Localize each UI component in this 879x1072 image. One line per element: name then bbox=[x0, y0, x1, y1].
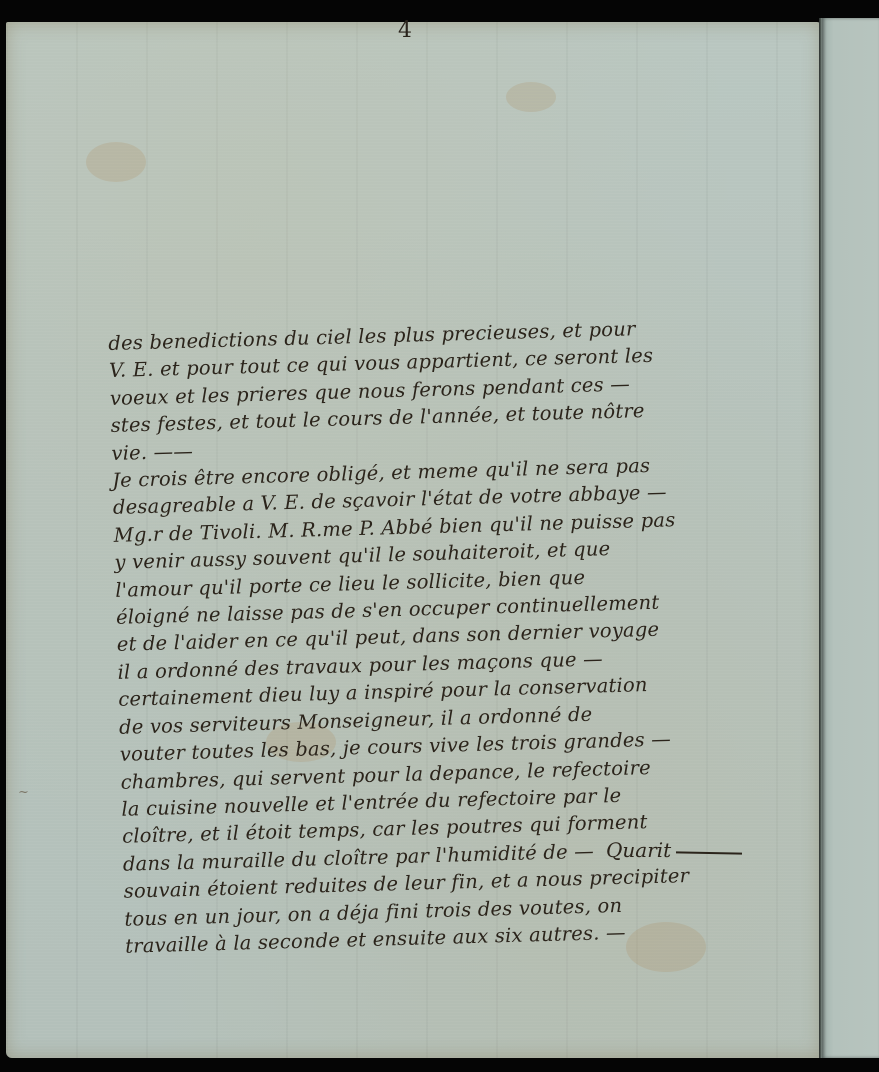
signature: Quarit bbox=[606, 838, 671, 862]
page-number: 4 bbox=[398, 18, 412, 43]
paper-stain bbox=[86, 142, 146, 182]
margin-mark: ~ bbox=[18, 785, 29, 800]
paper-stain bbox=[506, 82, 556, 112]
letter-body: des benedictions du ciel les plus precie… bbox=[108, 310, 830, 960]
facing-page-edge bbox=[822, 18, 879, 1058]
